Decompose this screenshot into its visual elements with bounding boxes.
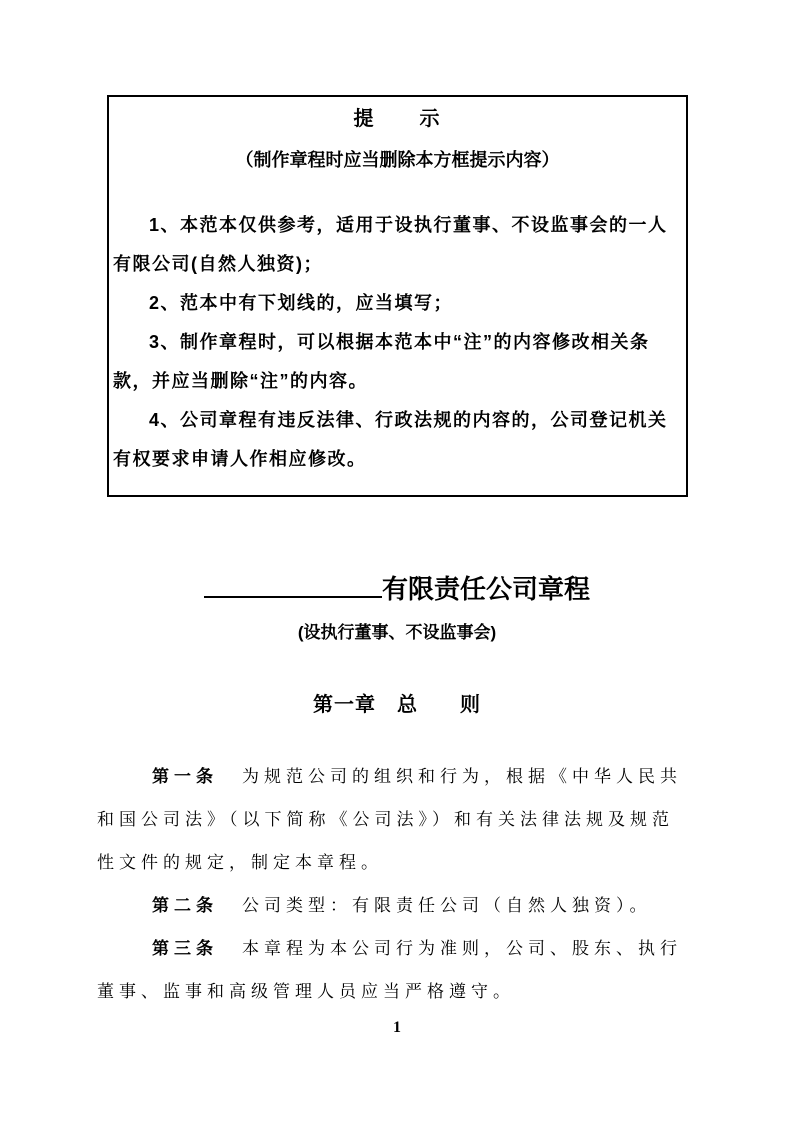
article-2-text: 公司类型：有限责任公司（自然人独资）。 [242,896,652,915]
article-2: 第二条公司类型：有限责任公司（自然人独资）。 [97,884,694,927]
chapter-heading: 第一章 总 则 [0,690,794,720]
title-blank-underline [204,596,382,598]
article-3: 第三条本章程为本公司行为准则，公司、股东、执行董事、监事和高级管理人员应当严格遵… [97,927,694,1013]
article-2-label: 第二条 [152,896,218,915]
article-1: 第一条为规范公司的组织和行为，根据《中华人民共和国公司法》（以下简称《公司法》）… [97,755,694,884]
notice-item-4: 4、公司章程有违反法律、行政法规的内容的，公司登记机关有权要求申请人作相应修改。 [113,401,682,479]
document-subtitle: (设执行董事、不设监事会) [0,618,794,648]
article-list: 第一条为规范公司的组织和行为，根据《中华人民共和国公司法》（以下简称《公司法》）… [97,755,694,1013]
notice-title: 提 示 [113,105,682,133]
notice-item-3: 3、制作章程时，可以根据本范本中“注”的内容修改相关条款，并应当删除“注”的内容… [113,323,682,401]
article-3-label: 第三条 [152,939,218,958]
notice-item-1: 1、本范本仅供参考，适用于设执行董事、不设监事会的一人有限公司(自然人独资)； [113,206,682,284]
document-page: 提 示 （制作章程时应当删除本方框提示内容） 1、本范本仅供参考，适用于设执行董… [0,0,794,1123]
notice-subtitle: （制作章程时应当删除本方框提示内容） [113,147,682,173]
notice-item-2: 2、范本中有下划线的，应当填写； [113,284,682,323]
article-1-label: 第一条 [152,767,218,786]
page-number: 1 [0,1016,794,1040]
notice-box: 提 示 （制作章程时应当删除本方框提示内容） 1、本范本仅供参考，适用于设执行董… [107,95,688,497]
notice-item-list: 1、本范本仅供参考，适用于设执行董事、不设监事会的一人有限公司(自然人独资)； … [113,206,682,479]
document-title: 有限责任公司章程 [0,572,794,606]
document-title-text: 有限责任公司章程 [382,574,590,604]
